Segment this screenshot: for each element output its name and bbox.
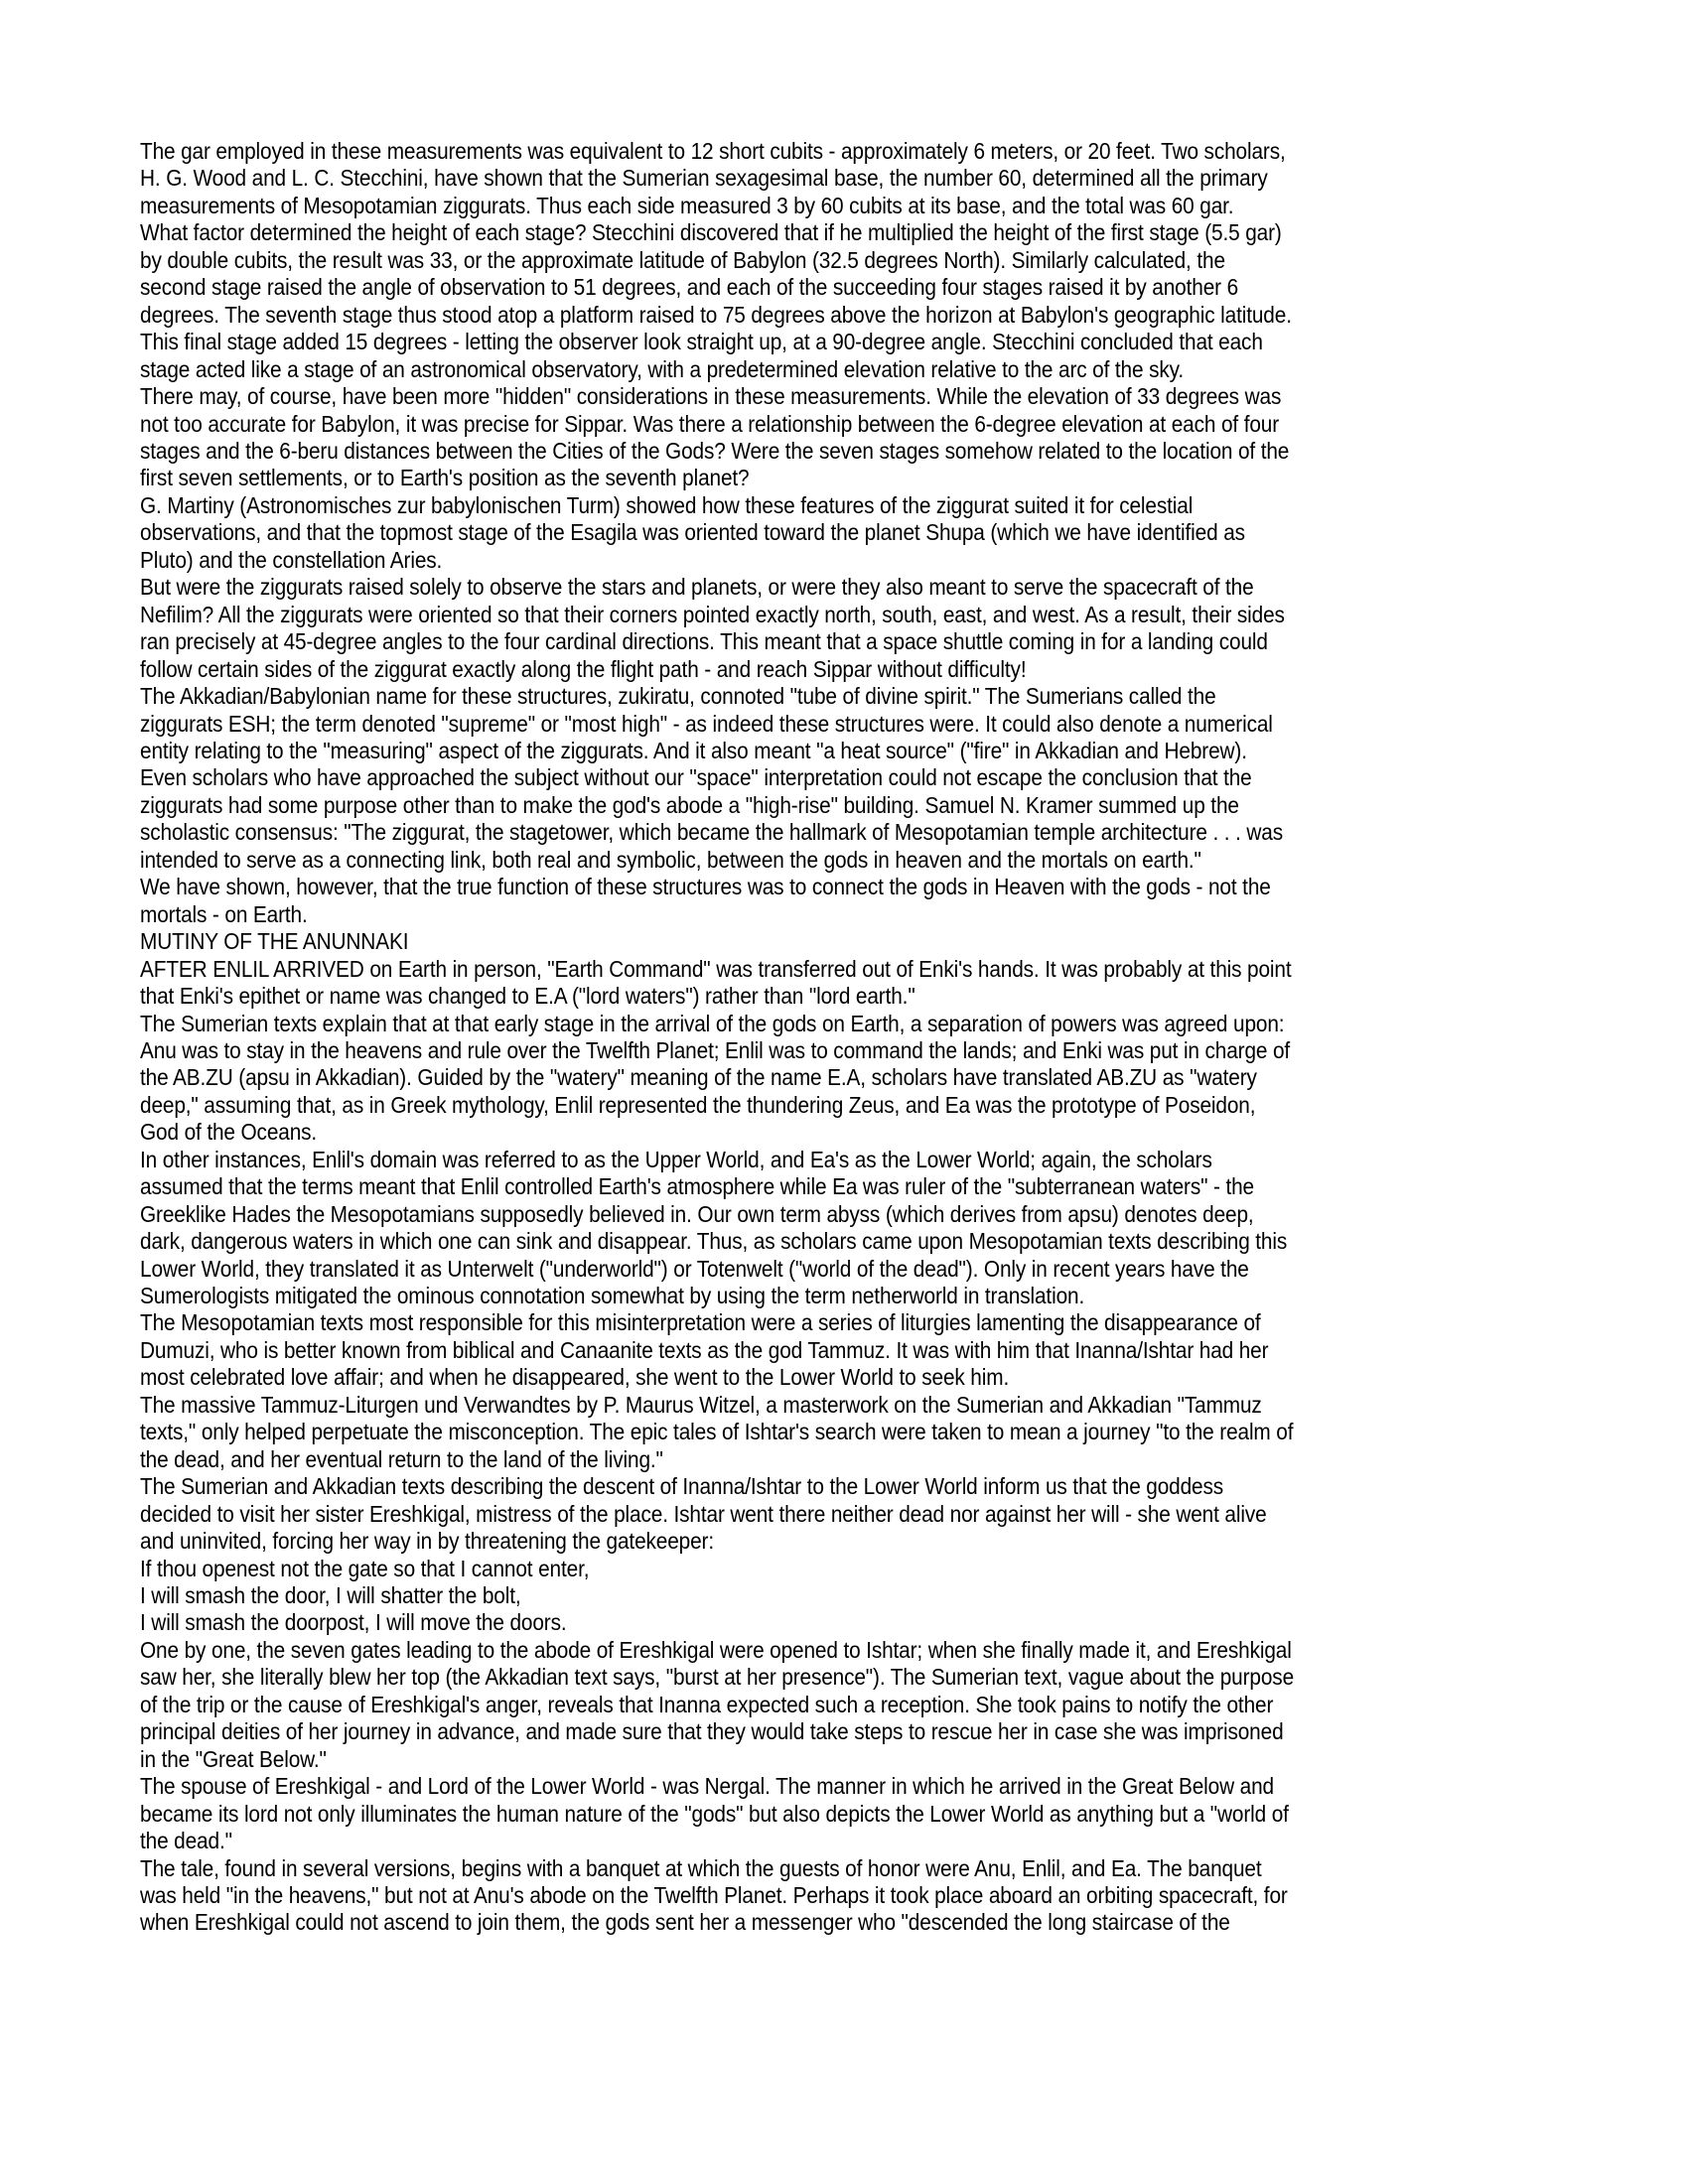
text-line: degrees. The seventh stage thus stood at…: [140, 302, 1416, 329]
text-line: Sumerologists mitigated the ominous conn…: [140, 1283, 1416, 1309]
text-line: ziggurats had some purpose other than to…: [140, 792, 1416, 819]
text-line: deep," assuming that, as in Greek mythol…: [140, 1092, 1416, 1119]
text-line: the dead.": [140, 1828, 1416, 1854]
document-page: The gar employed in these measurements w…: [140, 138, 1550, 1937]
text-line: when Ereshkigal could not ascend to join…: [140, 1909, 1416, 1936]
text-line: What factor determined the height of eac…: [140, 219, 1416, 246]
text-line: Anu was to stay in the heavens and rule …: [140, 1037, 1416, 1064]
text-line: We have shown, however, that the true fu…: [140, 874, 1416, 900]
text-line: in the "Great Below.": [140, 1746, 1416, 1773]
text-line: The Akkadian/Babylonian name for these s…: [140, 683, 1416, 710]
text-line: the AB.ZU (apsu in Akkadian). Guided by …: [140, 1064, 1416, 1091]
text-line: principal deities of her journey in adva…: [140, 1718, 1416, 1745]
text-line: assumed that the terms meant that Enlil …: [140, 1173, 1416, 1200]
text-line: God of the Oceans.: [140, 1119, 1416, 1146]
text-line: Even scholars who have approached the su…: [140, 764, 1416, 791]
text-line: most celebrated love affair; and when he…: [140, 1364, 1416, 1391]
text-line: But were the ziggurats raised solely to …: [140, 574, 1416, 601]
text-line: I will smash the doorpost, I will move t…: [140, 1609, 1416, 1636]
text-line: This final stage added 15 degrees - lett…: [140, 329, 1416, 355]
text-line: MUTINY OF THE ANUNNAKI: [140, 928, 1416, 955]
text-line: Lower World, they translated it as Unter…: [140, 1256, 1416, 1283]
text-line: Nefilim? All the ziggurats were oriented…: [140, 602, 1416, 628]
text-line: G. Martiny (Astronomisches zur babylonis…: [140, 492, 1416, 519]
text-line: ziggurats ESH; the term denoted "supreme…: [140, 711, 1416, 738]
text-line: The Mesopotamian texts most responsible …: [140, 1309, 1416, 1336]
text-line: In other instances, Enlil's domain was r…: [140, 1147, 1416, 1173]
text-line: was held "in the heavens," but not at An…: [140, 1882, 1416, 1909]
text-line: The Sumerian and Akkadian texts describi…: [140, 1473, 1416, 1500]
text-line: became its lord not only illuminates the…: [140, 1801, 1416, 1828]
text-line: of the trip or the cause of Ereshkigal's…: [140, 1692, 1416, 1718]
text-line: If thou openest not the gate so that I c…: [140, 1556, 1416, 1582]
text-line: The gar employed in these measurements w…: [140, 138, 1416, 165]
text-line: scholastic consensus: "The ziggurat, the…: [140, 819, 1416, 846]
text-line: ran precisely at 45-degree angles to the…: [140, 628, 1416, 655]
text-line: follow certain sides of the ziggurat exa…: [140, 656, 1416, 683]
text-line: Greeklike Hades the Mesopotamians suppos…: [140, 1201, 1416, 1228]
text-line: intended to serve as a connecting link, …: [140, 847, 1416, 874]
text-line: decided to visit her sister Ereshkigal, …: [140, 1501, 1416, 1528]
text-line: first seven settlements, or to Earth's p…: [140, 465, 1416, 491]
text-line: Dumuzi, who is better known from biblica…: [140, 1337, 1416, 1364]
text-line: I will smash the door, I will shatter th…: [140, 1582, 1416, 1609]
text-line: entity relating to the "measuring" aspec…: [140, 738, 1416, 764]
text-line: second stage raised the angle of observa…: [140, 274, 1416, 301]
text-line: The Sumerian texts explain that at that …: [140, 1011, 1416, 1037]
text-line: saw her, she literally blew her top (the…: [140, 1664, 1416, 1691]
text-line: H. G. Wood and L. C. Stecchini, have sho…: [140, 165, 1416, 192]
text-line: not too accurate for Babylon, it was pre…: [140, 411, 1416, 438]
text-line: dark, dangerous waters in which one can …: [140, 1228, 1416, 1255]
text-line: and uninvited, forcing her way in by thr…: [140, 1528, 1416, 1555]
text-line: The spouse of Ereshkigal - and Lord of t…: [140, 1773, 1416, 1800]
text-line: AFTER ENLIL ARRIVED on Earth in person, …: [140, 956, 1416, 983]
text-line: There may, of course, have been more "hi…: [140, 383, 1416, 410]
text-line: The massive Tammuz-Liturgen und Verwandt…: [140, 1392, 1416, 1419]
text-line: The tale, found in several versions, beg…: [140, 1855, 1416, 1882]
text-line: mortals - on Earth.: [140, 901, 1416, 928]
text-line: texts," only helped perpetuate the misco…: [140, 1419, 1416, 1445]
text-line: stage acted like a stage of an astronomi…: [140, 356, 1416, 383]
text-line: Pluto) and the constellation Aries.: [140, 547, 1416, 574]
text-line: that Enki's epithet or name was changed …: [140, 983, 1416, 1010]
text-line: One by one, the seven gates leading to t…: [140, 1637, 1416, 1664]
text-line: stages and the 6-beru distances between …: [140, 438, 1416, 465]
text-line: measurements of Mesopotamian ziggurats. …: [140, 193, 1416, 219]
text-line: by double cubits, the result was 33, or …: [140, 247, 1416, 274]
text-line: observations, and that the topmost stage…: [140, 519, 1416, 546]
text-line: the dead, and her eventual return to the…: [140, 1446, 1416, 1473]
